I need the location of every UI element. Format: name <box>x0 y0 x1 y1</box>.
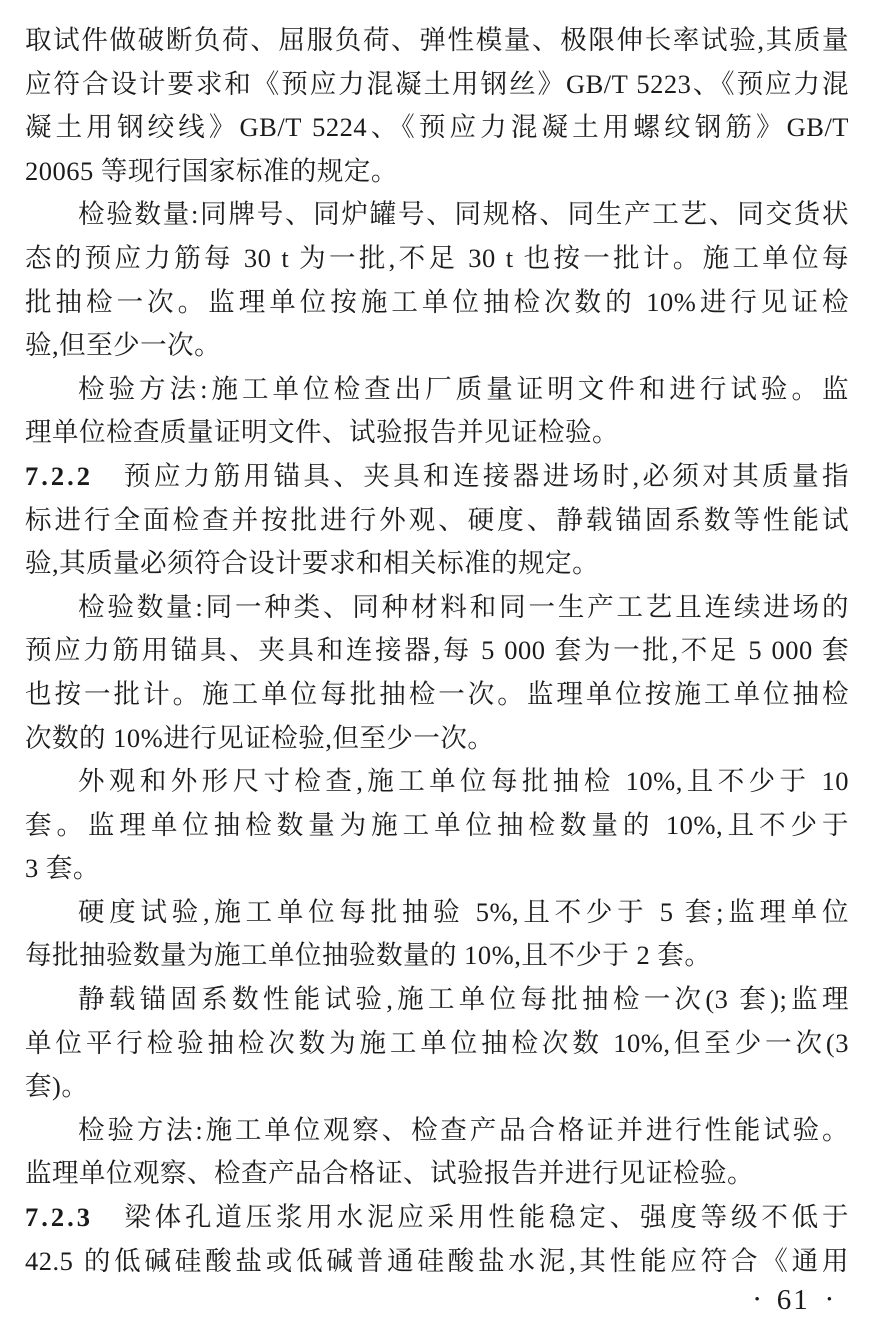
text-block: 取试件做破断负荷、屈服负荷、弹性模量、极限伸长率试验,其质量 应符合设计要求和《… <box>25 19 849 1283</box>
footer-bullet-left-icon: • <box>754 1283 759 1317</box>
text-line: 20065 等现行国家标准的规定。 <box>25 150 849 194</box>
clause-text: 预应力筋用锚具、夹具和连接器进场时,必须对其质量指 <box>121 461 849 491</box>
page-footer: • 61 • <box>754 1283 832 1317</box>
paragraph-inspection-method: 检验方法:施工单位检查出厂质量证明文件和进行试验。监 理单位检查质量证明文件、试… <box>25 368 849 455</box>
text-line: 42.5 的低碱硅酸盐或低碱普通硅酸盐水泥,其性能应符合《通用 <box>25 1240 849 1284</box>
text-line: 7.2.3梁体孔道压浆用水泥应采用性能稳定、强度等级不低于 <box>25 1196 849 1240</box>
text-line: 标进行全面检查并按批进行外观、硬度、静载锚固系数等性能试 <box>25 499 849 543</box>
text-line: 凝土用钢绞线》GB/T 5224、《预应力混凝土用螺纹钢筋》GB/T <box>25 106 849 150</box>
text-line: 取试件做破断负荷、屈服负荷、弹性模量、极限伸长率试验,其质量 <box>25 19 849 63</box>
text-line: 7.2.2预应力筋用锚具、夹具和连接器进场时,必须对其质量指 <box>25 455 849 499</box>
text-line: 检验数量:同牌号、同炉罐号、同规格、同生产工艺、同交货状 <box>25 193 849 237</box>
text-line: 批抽检一次。监理单位按施工单位抽检次数的 10%进行见证检 <box>25 281 849 325</box>
text-line: 套。监理单位抽检数量为施工单位抽检数量的 10%,且不少于 <box>25 804 849 848</box>
text-line: 态的预应力筋每 30 t 为一批,不足 30 t 也按一批计。施工单位每 <box>25 237 849 281</box>
clause-number: 7.2.2 <box>25 461 93 491</box>
document-page: 取试件做破断负荷、屈服负荷、弹性模量、极限伸长率试验,其质量 应符合设计要求和《… <box>0 0 874 1343</box>
paragraph-inspection-quantity: 检验数量:同牌号、同炉罐号、同规格、同生产工艺、同交货状 态的预应力筋每 30 … <box>25 193 849 367</box>
footer-bullet-right-icon: • <box>827 1283 832 1317</box>
text-line: 套)。 <box>25 1065 849 1109</box>
paragraph-inspection-quantity: 检验数量:同一种类、同种材料和同一生产工艺且连续进场的 预应力筋用锚具、夹具和连… <box>25 586 849 760</box>
text-line: 硬度试验,施工单位每批抽验 5%,且不少于 5 套;监理单位 <box>25 891 849 935</box>
text-line: 预应力筋用锚具、夹具和连接器,每 5 000 套为一批,不足 5 000 套 <box>25 629 849 673</box>
text-line: 次数的 10%进行见证检验,但至少一次。 <box>25 717 849 761</box>
clause-text: 梁体孔道压浆用水泥应采用性能稳定、强度等级不低于 <box>121 1202 849 1232</box>
text-line: 验,其质量必须符合设计要求和相关标准的规定。 <box>25 542 849 586</box>
clause-7-2-3: 7.2.3梁体孔道压浆用水泥应采用性能稳定、强度等级不低于 42.5 的低碱硅酸… <box>25 1196 849 1283</box>
text-line: 应符合设计要求和《预应力混凝土用钢丝》GB/T 5223、《预应力混 <box>25 63 849 107</box>
paragraph-appearance-check: 外观和外形尺寸检查,施工单位每批抽检 10%,且不少于 10 套。监理单位抽检数… <box>25 760 849 891</box>
text-line: 理单位检查质量证明文件、试验报告并见证检验。 <box>25 411 849 455</box>
text-line: 也按一批计。施工单位每批抽检一次。监理单位按施工单位抽检 <box>25 673 849 717</box>
text-line: 验,但至少一次。 <box>25 324 849 368</box>
text-line: 外观和外形尺寸检查,施工单位每批抽检 10%,且不少于 10 <box>25 760 849 804</box>
text-line: 检验数量:同一种类、同种材料和同一生产工艺且连续进场的 <box>25 586 849 630</box>
paragraph-continuation: 取试件做破断负荷、屈服负荷、弹性模量、极限伸长率试验,其质量 应符合设计要求和《… <box>25 19 849 193</box>
text-line: 监理单位观察、检查产品合格证、试验报告并进行见证检验。 <box>25 1152 849 1196</box>
page-number: 61 <box>777 1283 810 1317</box>
paragraph-inspection-method: 检验方法:施工单位观察、检查产品合格证并进行性能试验。 监理单位观察、检查产品合… <box>25 1109 849 1196</box>
clause-7-2-2: 7.2.2预应力筋用锚具、夹具和连接器进场时,必须对其质量指 标进行全面检查并按… <box>25 455 849 586</box>
text-line: 每批抽验数量为施工单位抽验数量的 10%,且不少于 2 套。 <box>25 934 849 978</box>
text-line: 单位平行检验抽检次数为施工单位抽检次数 10%,但至少一次(3 <box>25 1022 849 1066</box>
paragraph-static-anchorage-test: 静载锚固系数性能试验,施工单位每批抽检一次(3 套);监理 单位平行检验抽检次数… <box>25 978 849 1109</box>
clause-number: 7.2.3 <box>25 1202 93 1232</box>
text-line: 检验方法:施工单位检查出厂质量证明文件和进行试验。监 <box>25 368 849 412</box>
text-line: 检验方法:施工单位观察、检查产品合格证并进行性能试验。 <box>25 1109 849 1153</box>
text-line: 静载锚固系数性能试验,施工单位每批抽检一次(3 套);监理 <box>25 978 849 1022</box>
text-line: 3 套。 <box>25 847 849 891</box>
paragraph-hardness-test: 硬度试验,施工单位每批抽验 5%,且不少于 5 套;监理单位 每批抽验数量为施工… <box>25 891 849 978</box>
